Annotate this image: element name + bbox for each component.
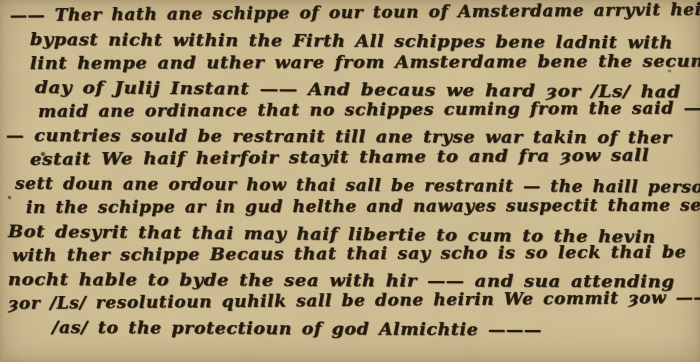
manuscript-line: maid ane ordinance that no schippes cumi… xyxy=(38,100,700,121)
manuscript-line: bypast nicht within the Firth All schipp… xyxy=(30,32,673,52)
manuscript-line: —— Ther hath ane schippe of our toun of … xyxy=(10,2,700,25)
manuscript-line: estait We haif heirfoir stayit thame to … xyxy=(30,148,649,169)
ink-speck xyxy=(668,70,671,72)
manuscript-line: /as/ to the protectioun of god Almichtie… xyxy=(52,320,542,340)
manuscript-line: sett doun ane ordour how thai sall be re… xyxy=(15,176,700,197)
ink-speck xyxy=(8,196,11,199)
manuscript-line: ȝor /Ls/ resolutioun quhilk sall be done… xyxy=(8,290,700,313)
ink-speck xyxy=(41,152,45,156)
manuscript-line: in the schippe ar in gud helthe and nawa… xyxy=(26,198,700,217)
manuscript-line: lint hempe and uther ware from Amsterdam… xyxy=(30,54,700,73)
manuscript-line: — cuntries sould be restranit till ane t… xyxy=(6,128,672,147)
manuscript-line: with ther schippe Becaus that thai say s… xyxy=(12,244,687,265)
manuscript-text: —— Ther hath ane schippe of our toun of … xyxy=(0,0,700,362)
manuscript-page: —— Ther hath ane schippe of our toun of … xyxy=(0,0,700,362)
